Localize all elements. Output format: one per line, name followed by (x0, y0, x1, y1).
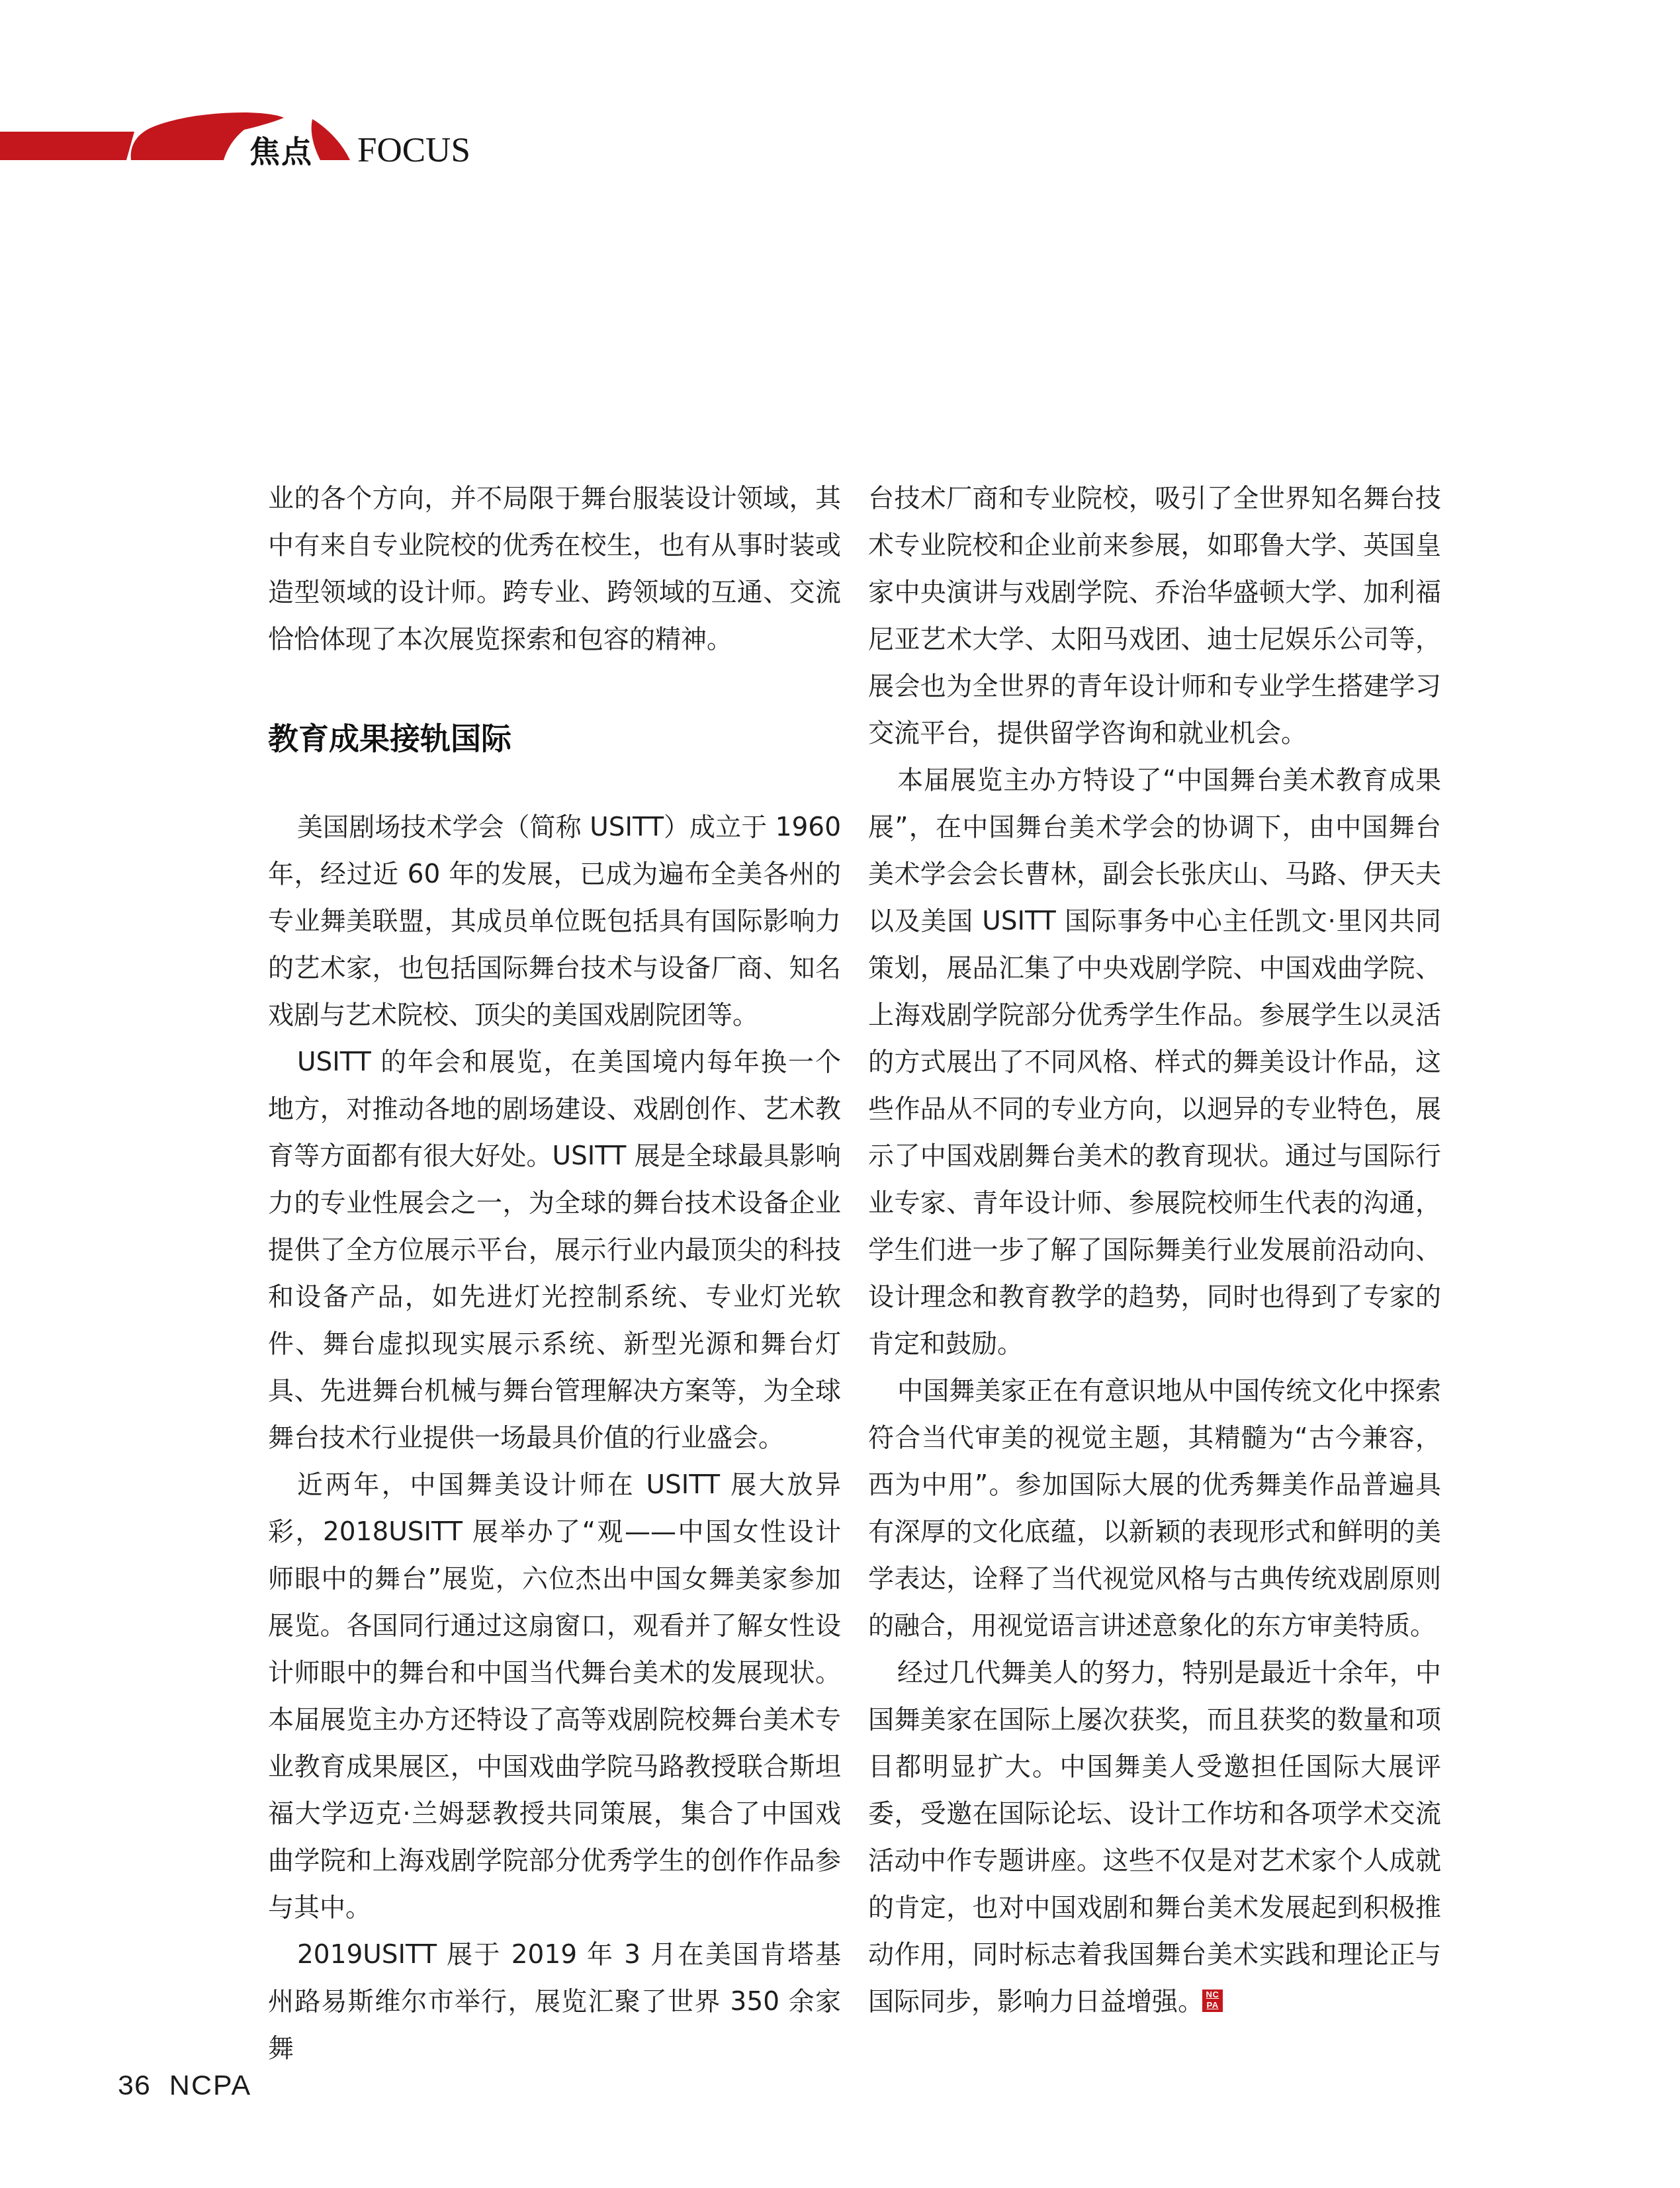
paragraph: 台技术厂商和专业院校，吸引了全世界知名舞台技术专业院校和企业前来参展，如耶鲁大学… (868, 475, 1441, 757)
paragraph: 近两年，中国舞美设计师在 USITT 展大放异彩，2018USITT 展举办了“… (268, 1462, 841, 1931)
article-heading: 教育成果接轨国际 (268, 715, 841, 762)
paragraph: 经过几代舞美人的努力，特别是最近十余年，中国舞美家在国际上屡次获奖，而且获奖的数… (868, 1649, 1441, 2025)
paragraph: 中国舞美家正在有意识地从中国传统文化中探索符合当代审美的视觉主题，其精髓为“古今… (868, 1368, 1441, 1649)
footer-page-number: 36 (118, 2070, 151, 2101)
section-title-en: FOCUS (357, 130, 470, 170)
column-left: 业的各个方向，并不局限于舞台服装设计领域，其中有来自专业院校的优秀在校生，也有从… (268, 475, 841, 2072)
paragraph: 业的各个方向，并不局限于舞台服装设计领域，其中有来自专业院校的优秀在校生，也有从… (268, 475, 841, 663)
header-red-band (0, 132, 134, 160)
footer-brand: NCPA (169, 2070, 251, 2101)
end-mark-line-1: NC (1202, 1990, 1223, 2000)
end-mark-line-2: PA (1202, 2000, 1223, 2011)
page-footer: 36NCPA (118, 2070, 251, 2102)
article-end-mark: NC PA (1202, 1990, 1223, 2012)
column-right: 台技术厂商和专业院校，吸引了全世界知名舞台技术专业院校和企业前来参展，如耶鲁大学… (868, 475, 1441, 2025)
paragraph: 美国剧场技术学会（简称 USITT）成立于 1960 年，经过近 60 年的发展… (268, 804, 841, 1039)
magazine-page: 焦点 FOCUS 业的各个方向，并不局限于舞台服装设计领域，其中有来自专业院校的… (0, 0, 1680, 2188)
swoosh-right-shape (312, 119, 350, 160)
paragraph: 本届展览主办方特设了“中国舞台美术教育成果展”，在中国舞台美术学会的协调下，由中… (868, 757, 1441, 1368)
paragraph: USITT 的年会和展览，在美国境内每年换一个地方，对推动各地的剧场建设、戏剧创… (268, 1039, 841, 1462)
section-title-zh: 焦点 (249, 128, 313, 171)
paragraph: 2019USITT 展于 2019 年 3 月在美国肯塔基州路易斯维尔市举行，展… (268, 1931, 841, 2072)
